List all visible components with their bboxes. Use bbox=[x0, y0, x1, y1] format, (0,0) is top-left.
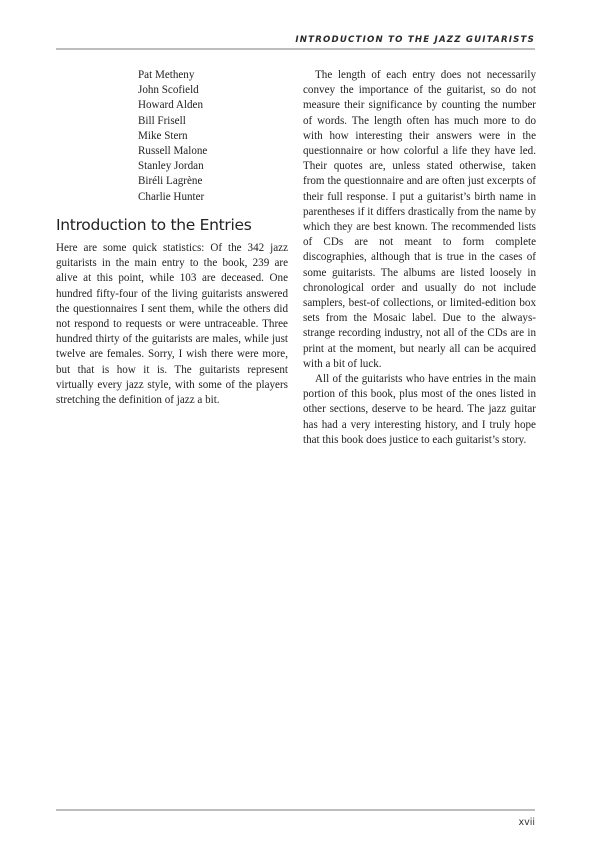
list-item: Russell Malone bbox=[138, 144, 288, 159]
running-head: INTRODUCTION TO THE JAZZ GUITARISTS bbox=[56, 35, 535, 45]
left-column: Pat Metheny John Scofield Howard Alden B… bbox=[56, 68, 288, 408]
list-item: Pat Metheny bbox=[138, 68, 288, 83]
body-paragraph: The length of each entry does not necess… bbox=[303, 68, 536, 372]
book-page: INTRODUCTION TO THE JAZZ GUITARISTS Pat … bbox=[0, 0, 591, 863]
page-number: xvii bbox=[480, 817, 535, 828]
body-paragraph: All of the guitarists who have entries i… bbox=[303, 372, 536, 448]
header-rule bbox=[56, 48, 535, 50]
guitarist-name-list: Pat Metheny John Scofield Howard Alden B… bbox=[138, 68, 288, 205]
list-item: Stanley Jordan bbox=[138, 159, 288, 174]
list-item: Charlie Hunter bbox=[138, 190, 288, 205]
list-item: Bill Frisell bbox=[138, 114, 288, 129]
list-item: Mike Stern bbox=[138, 129, 288, 144]
list-item: John Scofield bbox=[138, 83, 288, 98]
section-title: Introduction to the Entries bbox=[56, 218, 288, 233]
footer-rule bbox=[56, 809, 535, 811]
right-column: The length of each entry does not necess… bbox=[303, 68, 536, 448]
body-paragraph: Here are some quick statistics: Of the 3… bbox=[56, 241, 288, 408]
list-item: Howard Alden bbox=[138, 98, 288, 113]
list-item: Biréli Lagrène bbox=[138, 174, 288, 189]
